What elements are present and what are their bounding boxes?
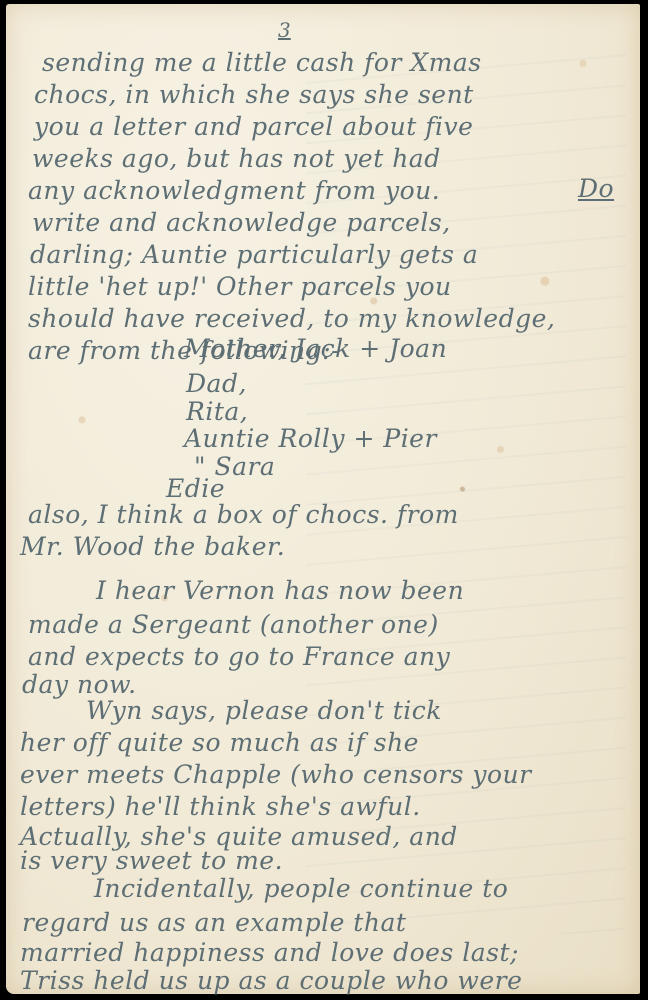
text-line: Wyn says, please don't tick <box>86 696 442 725</box>
text-line: Mr. Wood the baker. <box>20 532 285 561</box>
text-line: is very sweet to me. <box>20 846 283 875</box>
text-line: write and acknowledge parcels, <box>32 208 451 237</box>
text-line: little 'het up!' Other parcels you <box>28 272 452 301</box>
text-line: day now. <box>22 670 137 699</box>
text-line: Triss held us up as a couple who were <box>20 966 522 995</box>
text-line: and expects to go to France any <box>28 642 450 671</box>
text-line: Incidentally, people continue to <box>94 874 508 903</box>
text-line: chocs, in which she says she sent <box>34 80 474 109</box>
letter-page: 3 sending me a little cash for Xmaschocs… <box>6 4 640 994</box>
text-line: letters) he'll think she's awful. <box>20 792 421 821</box>
text-line: also, I think a box of chocs. from <box>28 500 459 529</box>
text-line: Dad, <box>186 369 247 398</box>
text-line: made a Sergeant (another one) <box>28 610 439 639</box>
text-line: should have received, to my knowledge, <box>28 304 555 333</box>
text-line: regard us as an example that <box>22 908 406 937</box>
text-line: you a letter and parcel about five <box>34 112 473 141</box>
underlined-do: Do <box>578 174 614 203</box>
text-line: Mother, Jack + Joan <box>184 334 447 363</box>
text-line: darling; Auntie particularly gets a <box>30 240 478 269</box>
text-line: Rita, <box>186 397 248 426</box>
text-line: any acknowledgment from you. <box>28 176 440 205</box>
text-line: sending me a little cash for Xmas <box>42 48 482 77</box>
text-line: ever meets Chapple (who censors your <box>20 760 532 789</box>
text-line: Edie <box>166 474 225 503</box>
text-line: married happiness and love does last; <box>20 938 519 967</box>
page-number: 3 <box>278 18 291 42</box>
text-line: weeks ago, but has not yet had <box>32 144 441 173</box>
text-line: I hear Vernon has now been <box>96 576 464 605</box>
text-line: Auntie Rolly + Pier <box>184 424 437 453</box>
text-line: her off quite so much as if she <box>20 728 419 757</box>
